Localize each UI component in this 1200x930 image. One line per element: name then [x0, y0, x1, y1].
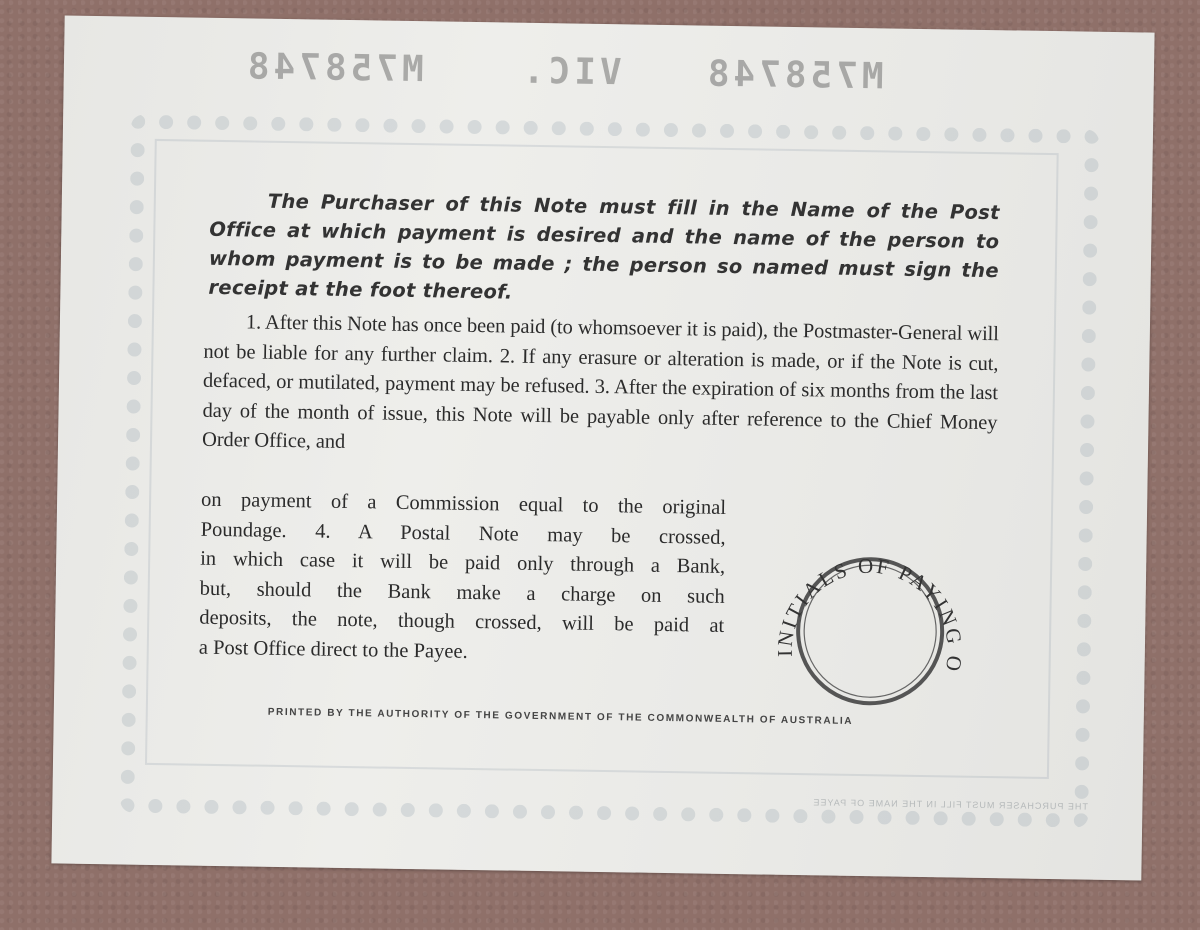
initials-of-paying-officer-seal: INITIALS OF PAYING OFFICER. — [754, 511, 987, 715]
bleed-through-serial-left: M758748 — [244, 46, 424, 90]
purchaser-notice: The Purchaser of this Note must fill in … — [208, 186, 1000, 314]
bleed-through-state: VIC. — [519, 51, 622, 94]
conditions-paragraph: 1. After this Note has once been paid (t… — [202, 308, 999, 468]
postal-note-paper: M758748 VIC. M758748 THE PURCHASER MUST … — [51, 15, 1154, 880]
conditions-continued: on payment of a Commission equal to the … — [199, 486, 727, 671]
seal-circle-icon: INITIALS OF PAYING OFFICER. — [754, 511, 987, 715]
seal-label: INITIALS OF PAYING OFFICER. — [754, 511, 970, 675]
svg-text:INITIALS OF PAYING OFFICER.: INITIALS OF PAYING OFFICER. — [754, 511, 970, 675]
bleed-through-serial-right: M758748 — [704, 54, 884, 98]
